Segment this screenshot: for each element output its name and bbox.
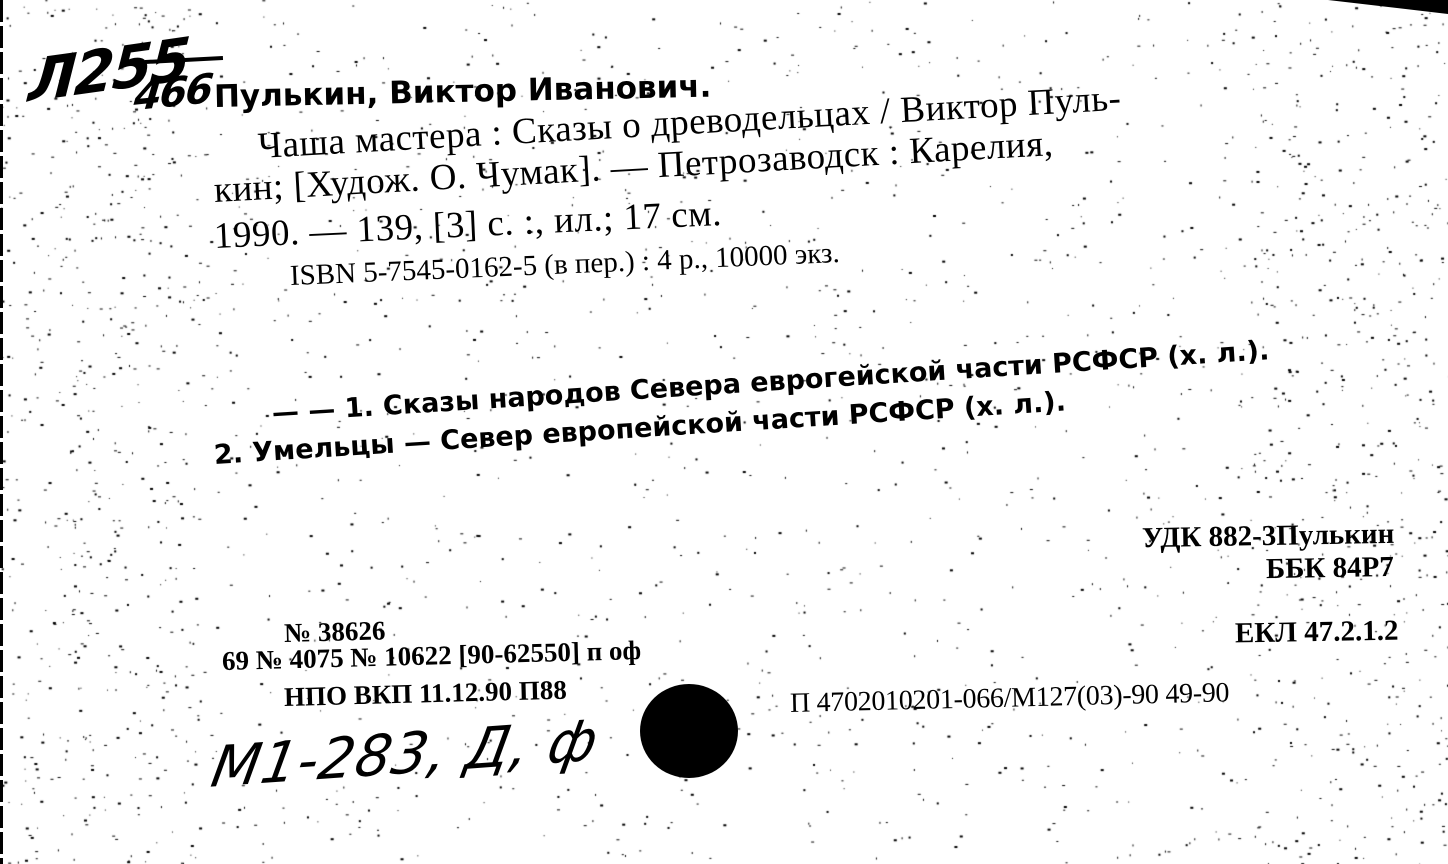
ekl-code: ЕКЛ 47.2.1.2 — [1234, 615, 1398, 651]
catalog-card: Л255 466 Пулькин, Виктор Иванович. Чаша … — [0, 0, 1448, 864]
bbk-code: ББК 84Р7 — [1266, 551, 1394, 586]
index-line: П 4702010201-066/М127(03)-90 49-90 — [790, 679, 1230, 718]
card-left-edge — [0, 0, 3, 864]
handwritten-shelf-mark: М1-283, Д, ф — [207, 708, 604, 801]
call-number-bottom: 466 — [132, 66, 214, 121]
udk-code: УДК 882-3Пулькин — [1141, 518, 1394, 555]
scan-corner-shadow — [1328, 0, 1448, 14]
card-punch-hole — [640, 684, 738, 778]
printer-line: НПО ВКП 11.12.90 П88 — [284, 677, 567, 711]
